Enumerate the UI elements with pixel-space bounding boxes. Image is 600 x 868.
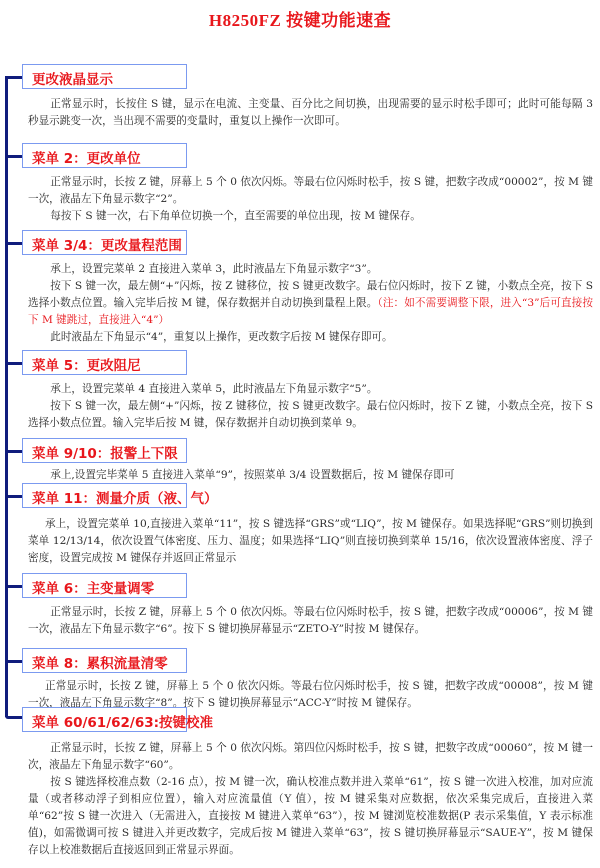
paragraph: 正常显示时，长按住 S 键，显示在电流、主变量、百分比之间切换，出现需要的显示时…	[28, 96, 593, 130]
section-heading-box: 菜单 11：测量介质（液、气）	[22, 483, 187, 508]
page-title: H8250FZ 按键功能速查	[0, 6, 600, 31]
timeline-branch	[5, 242, 22, 245]
paragraph: 按下 S 键一次，最左侧“+”闪烁，按 Z 键移位，按 S 键更改数字。最右位闪…	[28, 278, 593, 329]
section-heading-box: 菜单 60/61/62/63:按键校准	[22, 707, 187, 732]
section-body: 正常显示时，长按 Z 键，屏幕上 5 个 0 依次闪烁。等最右位闪烁时松手，按 …	[28, 174, 593, 225]
section-heading: 菜单 6：主变量调零	[32, 577, 154, 597]
paragraph: 正常显示时，长按 Z 键，屏幕上 5 个 0 依次闪烁。第四位闪烁时松手，按 S…	[28, 740, 593, 774]
paragraph: 承上，设置完菜单 4 直接进入菜单 5，此时液晶左下角显示数字“5”。	[28, 381, 593, 398]
section-heading-box: 菜单 5：更改阻尼	[22, 350, 187, 375]
paragraph: 正常显示时，长按 Z 键，屏幕上 5 个 0 依次闪烁。等最右位闪烁时松手，按 …	[28, 174, 593, 208]
section-heading-box: 菜单 8：累积流量清零	[22, 648, 187, 673]
paragraph: 正常显示时，长按 Z 键，屏幕上 5 个 0 依次闪烁。等最右位闪烁时松手，按 …	[28, 604, 593, 638]
section-heading-box: 更改液晶显示	[22, 64, 187, 89]
section-heading: 菜单 3/4：更改量程范围	[32, 234, 182, 254]
timeline-line	[5, 76, 8, 717]
section-heading-box: 菜单 9/10：报警上下限	[22, 438, 187, 463]
section-body: 正常显示时，长按 Z 键，屏幕上 5 个 0 依次闪烁。等最右位闪烁时松手，按 …	[28, 604, 593, 638]
section-heading: 菜单 9/10：报警上下限	[32, 442, 178, 462]
paragraph: 按下 S 键一次，最左侧“+”闪烁，按 Z 键移位，按 S 键更改数字。最右位闪…	[28, 398, 593, 432]
section-heading-box: 菜单 2：更改单位	[22, 143, 187, 168]
section-body: 承上,设置完毕菜单 5 直接进入菜单“9”，按照菜单 3/4 设置数据后，按 M…	[28, 467, 593, 484]
section-heading: 菜单 8：累积流量清零	[32, 652, 168, 672]
timeline-branch	[5, 76, 22, 79]
section-body: 正常显示时，长按住 S 键，显示在电流、主变量、百分比之间切换，出现需要的显示时…	[28, 96, 593, 130]
section-body: 承上，设置完菜单 4 直接进入菜单 5，此时液晶左下角显示数字“5”。 按下 S…	[28, 381, 593, 432]
timeline-branch	[5, 362, 22, 365]
paragraph: 此时液晶左下角显示“4”，重复以上操作，更改数字后按 M 键保存即可。	[28, 329, 593, 346]
timeline-branch	[5, 660, 22, 663]
section-heading-box: 菜单 6：主变量调零	[22, 573, 187, 598]
timeline-branch	[5, 585, 22, 588]
paragraph: 承上,设置完毕菜单 5 直接进入菜单“9”，按照菜单 3/4 设置数据后，按 M…	[28, 467, 593, 484]
section-heading: 菜单 11：测量介质（液、气）	[32, 487, 218, 507]
timeline-branch	[5, 495, 22, 498]
section-body: 承上，设置完菜单 10,直接进入菜单“11”，按 S 键选择“GRS”或“LIQ…	[28, 516, 593, 567]
timeline-branch	[5, 155, 22, 158]
section-heading: 更改液晶显示	[32, 68, 113, 88]
section-body: 正常显示时，长按 Z 键，屏幕上 5 个 0 依次闪烁。第四位闪烁时松手，按 S…	[28, 740, 593, 859]
timeline-branch	[5, 716, 22, 719]
paragraph: 承上，设置完菜单 2 直接进入菜单 3，此时液晶左下角显示数字“3”。	[28, 261, 593, 278]
timeline-branch	[5, 450, 22, 453]
paragraph: 承上，设置完菜单 10,直接进入菜单“11”，按 S 键选择“GRS”或“LIQ…	[28, 516, 593, 567]
section-heading: 菜单 60/61/62/63:按键校准	[32, 711, 213, 731]
section-heading: 菜单 2：更改单位	[32, 147, 141, 167]
section-body: 承上，设置完菜单 2 直接进入菜单 3，此时液晶左下角显示数字“3”。 按下 S…	[28, 261, 593, 346]
section-heading-box: 菜单 3/4：更改量程范围	[22, 230, 187, 255]
paragraph: 按 S 键选择校准点数（2-16 点），按 M 键一次，确认校准点数并进入菜单“…	[28, 774, 593, 859]
section-heading: 菜单 5：更改阻尼	[32, 354, 141, 374]
paragraph: 每按下 S 键一次，右下角单位切换一个，直至需要的单位出现，按 M 键保存。	[28, 208, 593, 225]
